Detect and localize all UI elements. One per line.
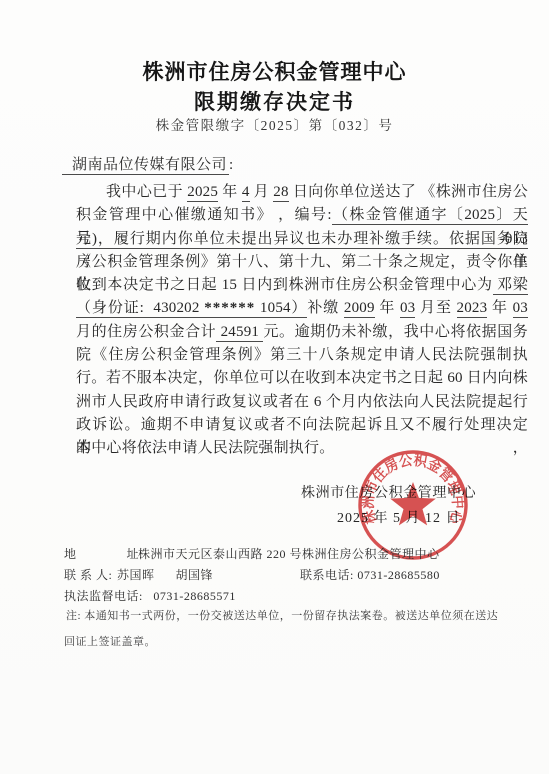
body-line: 若不服本决定，你单位可以在收到本决定书之日起 60 日内向株 bbox=[76, 367, 528, 390]
document-page: 株洲市住房公积金管理中心 限期缴存决定书 株金管限缴字〔2025〕第〔032〕号… bbox=[0, 0, 549, 774]
body-line: 房公积金管理条例》第十八、第十九、第二十条之规定，责令你单位 bbox=[76, 251, 528, 274]
body-text: 我中心已于 2025 年 4 月 28 日向你单位送达了 《株洲市住房公积金管理… bbox=[76, 181, 528, 461]
body-line: 月的住房公积金合计 24591 元。逾期仍未补缴，我中心将依据国务 bbox=[76, 321, 528, 344]
body-line: 我中心已于 2025 年 4 月 28 日向你单位送达了 《株洲市住房公 bbox=[76, 181, 528, 204]
body-line: 收到本决定书之日起 15 日内到株洲市住房公积金管理中心为 邓梁 bbox=[76, 274, 528, 297]
body-line: 积金管理中心催缴通知书》 ，编号:（株金管催通字〔2025〕天元-013 bbox=[76, 204, 528, 227]
footer-phone: 联系电话: 0731-28685580 bbox=[300, 566, 440, 583]
addressee-name: 湖南品位传媒有限公司 bbox=[62, 157, 229, 175]
body-line: 院《住房公积金管理条例》第三十八条规定申请人民法院强制执行。 bbox=[76, 344, 528, 367]
page-subtitle: 限期缴存决定书 bbox=[0, 86, 549, 116]
star-icon bbox=[390, 482, 436, 525]
body-line: 洲市人民政府申请行政复议或者在 6 个月内依法向人民法院提起行 bbox=[76, 391, 528, 414]
addressee-line: 湖南品位传媒有限公司: bbox=[62, 153, 234, 174]
note-line-2: 回证上签证盖章。 bbox=[64, 633, 156, 649]
page-title: 株洲市住房公积金管理中心 bbox=[0, 56, 549, 86]
addressee-colon: : bbox=[229, 157, 234, 173]
footer-address-value: 株洲市天元区泰山西路 220 号株洲住房公积金管理中心 bbox=[138, 545, 440, 562]
body-line: 号)，履行期内你单位未提出异议也未办理补缴手续。依据国务院《住 bbox=[76, 228, 528, 251]
note-line-1: 注: 本通知书一式两份，一份交被送达单位，一份留存执法案卷。被送达单位须在送达 bbox=[66, 607, 498, 623]
footer-contact-label: 联 系 人: bbox=[64, 566, 112, 583]
body-line: 政诉讼。逾期不申请复议或者不向法院起诉且又不履行处理决定的， bbox=[76, 414, 528, 437]
document-number: 株金管限缴字〔2025〕第〔032〕号 bbox=[0, 114, 549, 134]
footer-supervision-phone: 执法监督电话: 0731-28685571 bbox=[64, 587, 236, 604]
body-line: （身份证: 430202 ****** 1054）补缴 2009 年 03 月至… bbox=[76, 297, 528, 320]
footer-address-label: 地 址: bbox=[64, 545, 143, 562]
footer-contact-names: 苏国晖 胡国锋 bbox=[117, 566, 213, 583]
